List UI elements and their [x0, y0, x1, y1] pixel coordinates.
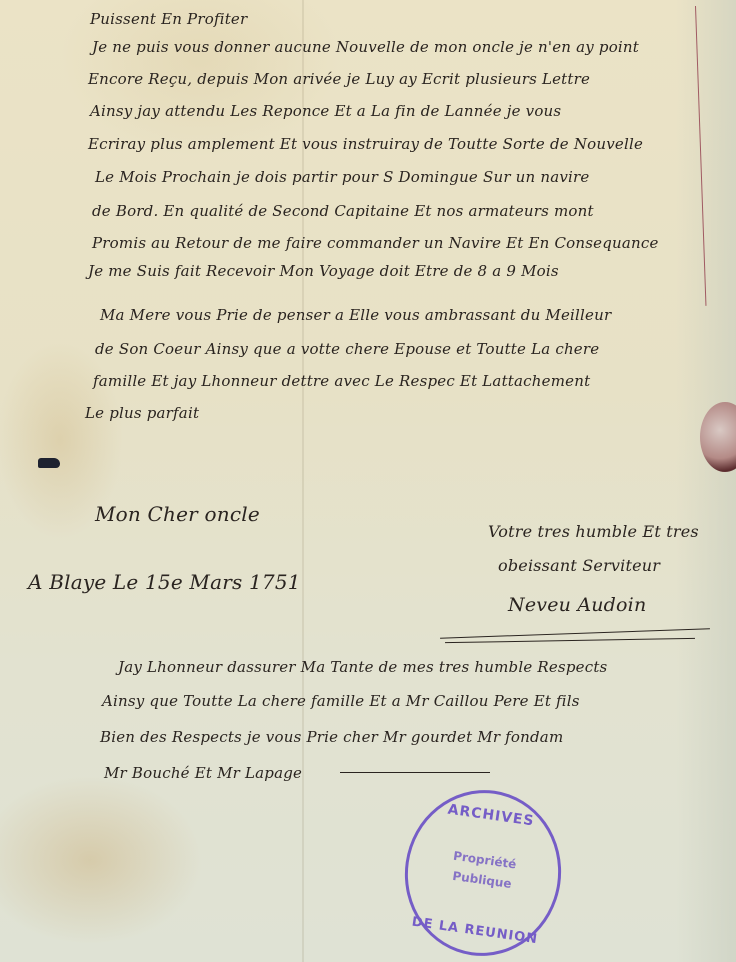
body-line: Ainsy jay attendu Les Reponce Et a La fi… [90, 102, 561, 120]
body-line: de Son Coeur Ainsy que a votte chere Epo… [95, 340, 599, 358]
postscript-line: Jay Lhonneur dassurer Ma Tante de mes tr… [118, 658, 607, 676]
body-line: de Bord. En qualité de Second Capitaine … [92, 202, 594, 220]
archive-stamp: ARCHIVES Propriété Publique DE LA REUNIO… [394, 780, 572, 962]
body-line: Promis au Retour de me faire commander u… [92, 234, 659, 252]
body-line: Le plus parfait [85, 404, 199, 422]
body-line: Ma Mere vous Prie de penser a Elle vous … [100, 306, 611, 324]
stamp-top-text: ARCHIVES [416, 797, 567, 834]
signature-flourish [440, 628, 710, 638]
signature: Neveu Audoin [508, 594, 646, 616]
place-date: A Blaye Le 15e Mars 1751 [28, 570, 301, 594]
body-line: famille Et jay Lhonneur dettre avec Le R… [93, 372, 590, 390]
closing-line: Votre tres humble Et tres [488, 522, 699, 541]
ink-blot [38, 458, 60, 468]
closing-line: obeissant Serviteur [498, 556, 660, 575]
body-line: Ecriray plus amplement Et vous instruira… [88, 135, 643, 153]
postscript-line: Ainsy que Toutte La chere famille Et a M… [102, 692, 580, 710]
letter-page: Puissent En Profiter Je ne puis vous don… [0, 0, 736, 962]
body-line: Je me Suis fait Recevoir Mon Voyage doit… [88, 262, 559, 280]
postscript-line: Bien des Respects je vous Prie cher Mr g… [100, 728, 563, 746]
body-line: Encore Reçu, depuis Mon arivée je Luy ay… [88, 70, 590, 88]
body-line: Je ne puis vous donner aucune Nouvelle d… [92, 38, 639, 56]
body-line: Puissent En Profiter [90, 10, 247, 28]
sheet-edge [676, 0, 736, 962]
stamp-bottom-text: DE LA REUNION [400, 913, 551, 949]
body-line: Le Mois Prochain je dois partir pour S D… [95, 168, 589, 186]
salutation: Mon Cher oncle [95, 502, 260, 526]
signature-flourish [445, 638, 695, 643]
closing-rule [340, 772, 490, 773]
postscript-line: Mr Bouché Et Mr Lapage [104, 764, 302, 782]
